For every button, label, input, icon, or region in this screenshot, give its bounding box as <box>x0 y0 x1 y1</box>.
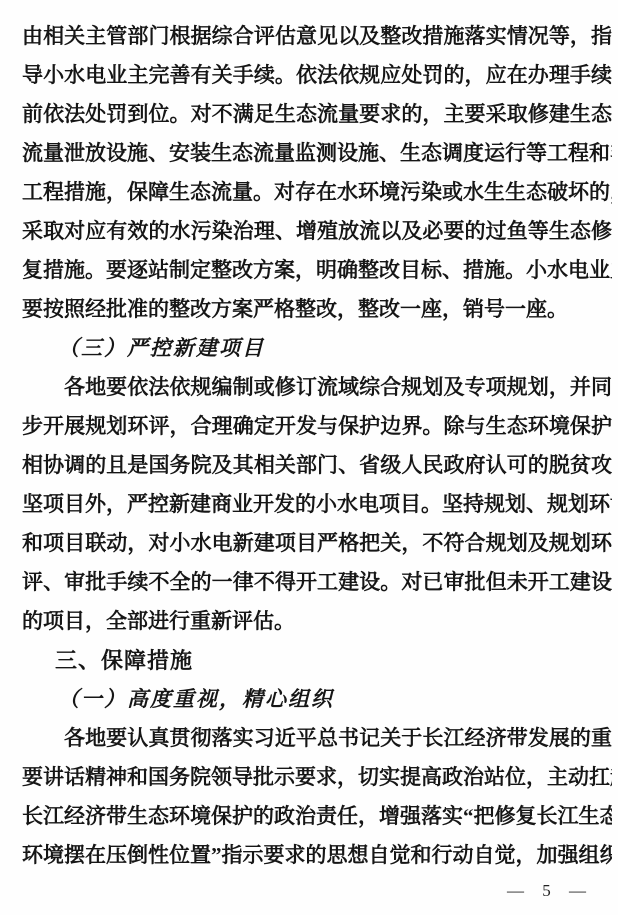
section-heading: 三、保障措施 <box>22 641 612 680</box>
text-line: 复措施。要逐站制定整改方案，明确整改目标、措施。小水电业主 <box>22 251 612 290</box>
text-line: 长江经济带生态环境保护的政治责任，增强落实“把修复长江生态 <box>22 797 612 836</box>
text-line: 工程措施，保障生态流量。对存在水环境污染或水生生态破坏的， <box>22 173 612 212</box>
text-line: 和项目联动，对小水电新建项目严格把关，不符合规划及规划环 <box>22 524 612 563</box>
text-line: 的项目，全部进行重新评估。 <box>22 602 612 641</box>
text-line: 坚项目外，严控新建商业开发的小水电项目。坚持规划、规划环评 <box>22 485 612 524</box>
text-line: 流量泄放设施、安装生态流量监测设施、生态调度运行等工程和非 <box>22 134 612 173</box>
text-line: 前依法处罚到位。对不满足生态流量要求的，主要采取修建生态 <box>22 95 612 134</box>
sub-heading: （一）高度重视，精心组织 <box>22 680 612 719</box>
sub-heading: （三）严控新建项目 <box>22 329 612 368</box>
text-line: 导小水电业主完善有关手续。依法依规应处罚的，应在办理手续 <box>22 56 612 95</box>
text-line: 步开展规划环评，合理确定开发与保护边界。除与生态环境保护 <box>22 407 612 446</box>
text-line: 各地要依法依规编制或修订流域综合规划及专项规划，并同 <box>22 368 612 407</box>
document-page: 由相关主管部门根据综合评估意见以及整改措施落实情况等，指导小水电业主完善有关手续… <box>0 0 618 915</box>
text-line: 评、审批手续不全的一律不得开工建设。对已审批但未开工建设 <box>22 563 612 602</box>
page-number: — 5 — <box>507 881 590 901</box>
text-line: 采取对应有效的水污染治理、增殖放流以及必要的过鱼等生态修 <box>22 212 612 251</box>
text-line: 要按照经批准的整改方案严格整改，整改一座，销号一座。 <box>22 290 612 329</box>
text-line: 由相关主管部门根据综合评估意见以及整改措施落实情况等，指 <box>22 17 612 56</box>
document-body: 由相关主管部门根据综合评估意见以及整改措施落实情况等，指导小水电业主完善有关手续… <box>22 17 612 875</box>
text-line: 要讲话精神和国务院领导批示要求，切实提高政治站位，主动扛起 <box>22 758 612 797</box>
text-line: 环境摆在压倒性位置”指示要求的思想自觉和行动自觉，加强组织 <box>22 836 612 875</box>
text-line: 各地要认真贯彻落实习近平总书记关于长江经济带发展的重 <box>22 719 612 758</box>
text-line: 相协调的且是国务院及其相关部门、省级人民政府认可的脱贫攻 <box>22 446 612 485</box>
